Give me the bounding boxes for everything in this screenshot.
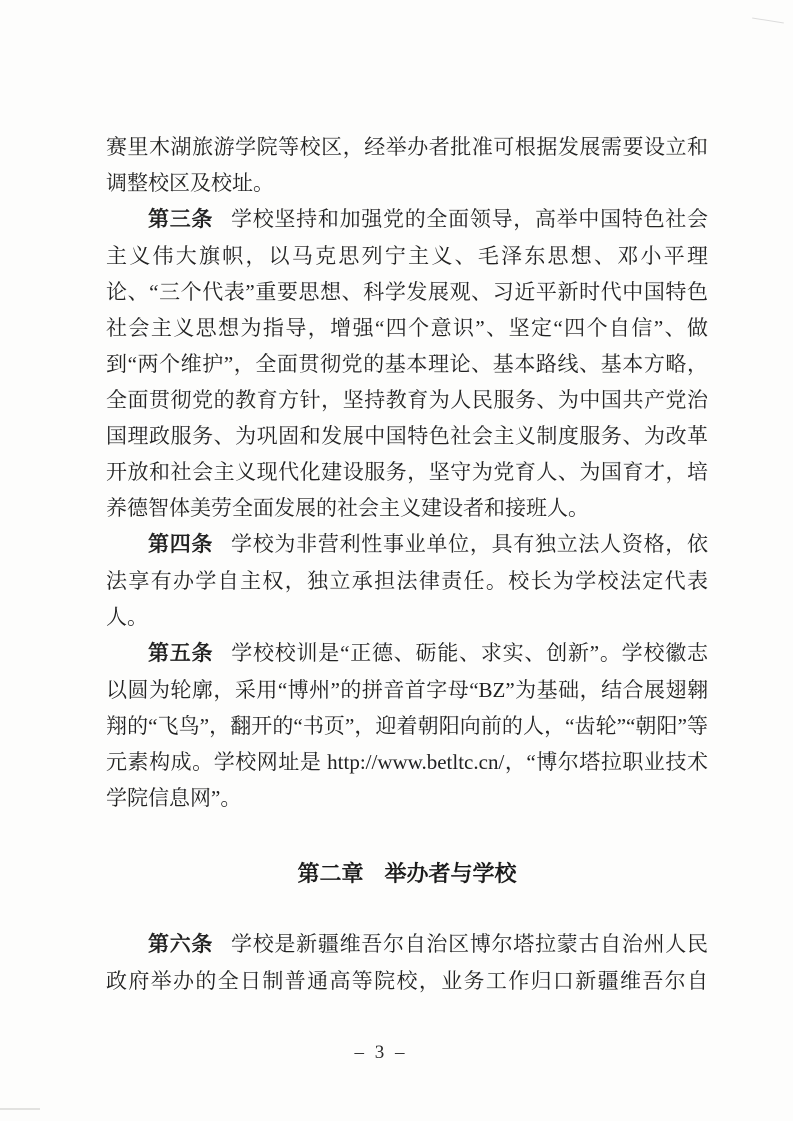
- article-3-text: 学校坚持和加强党的全面领导，高举中国特色社会主义伟大旗帜，以马克思列宁主义、毛泽…: [106, 207, 708, 520]
- paragraph-continuation: 赛里木湖旅游学院等校区，经举办者批准可根据发展需要设立和调整校区及校址。: [106, 129, 708, 201]
- chapter-2-heading-title: 举办者与学校: [384, 861, 516, 886]
- scan-artifact-bottom-left: [0, 1108, 40, 1110]
- paragraph-continuation-text: 赛里木湖旅游学院等校区，经举办者批准可根据发展需要设立和调整校区及校址。: [106, 135, 708, 195]
- chapter-2-heading: 第二章举办者与学校: [106, 856, 708, 892]
- article-4-label: 第四条: [148, 533, 213, 556]
- article-3-label: 第三条: [148, 208, 213, 231]
- article-5-text: 学校校训是“正德、砺能、求实、创新”。学校徽志以圆为轮廓，采用“博州”的拼音首字…: [106, 641, 708, 810]
- document-page: 赛里木湖旅游学院等校区，经举办者批准可根据发展需要设立和调整校区及校址。 第三条…: [0, 0, 793, 1121]
- paragraph-article-6: 第六条学校是新疆维吾尔自治区博尔塔拉蒙古自治州人民政府举办的全日制普通高等院校，…: [106, 926, 708, 999]
- page-number: – 3 –: [0, 1042, 762, 1064]
- scan-artifact-top-right: [752, 18, 784, 24]
- article-5-label: 第五条: [148, 642, 213, 665]
- paragraph-article-3: 第三条学校坚持和加强党的全面领导，高举中国特色社会主义伟大旗帜，以马克思列宁主义…: [106, 201, 708, 526]
- page-content: 赛里木湖旅游学院等校区，经举办者批准可根据发展需要设立和调整校区及校址。 第三条…: [106, 129, 708, 999]
- chapter-2-heading-label: 第二章: [298, 861, 364, 886]
- paragraph-article-4: 第四条学校为非营利性事业单位，具有独立法人资格，依法享有办学自主权，独立承担法律…: [106, 526, 708, 635]
- article-6-label: 第六条: [148, 933, 213, 956]
- paragraph-article-5: 第五条学校校训是“正德、砺能、求实、创新”。学校徽志以圆为轮廓，采用“博州”的拼…: [106, 635, 708, 816]
